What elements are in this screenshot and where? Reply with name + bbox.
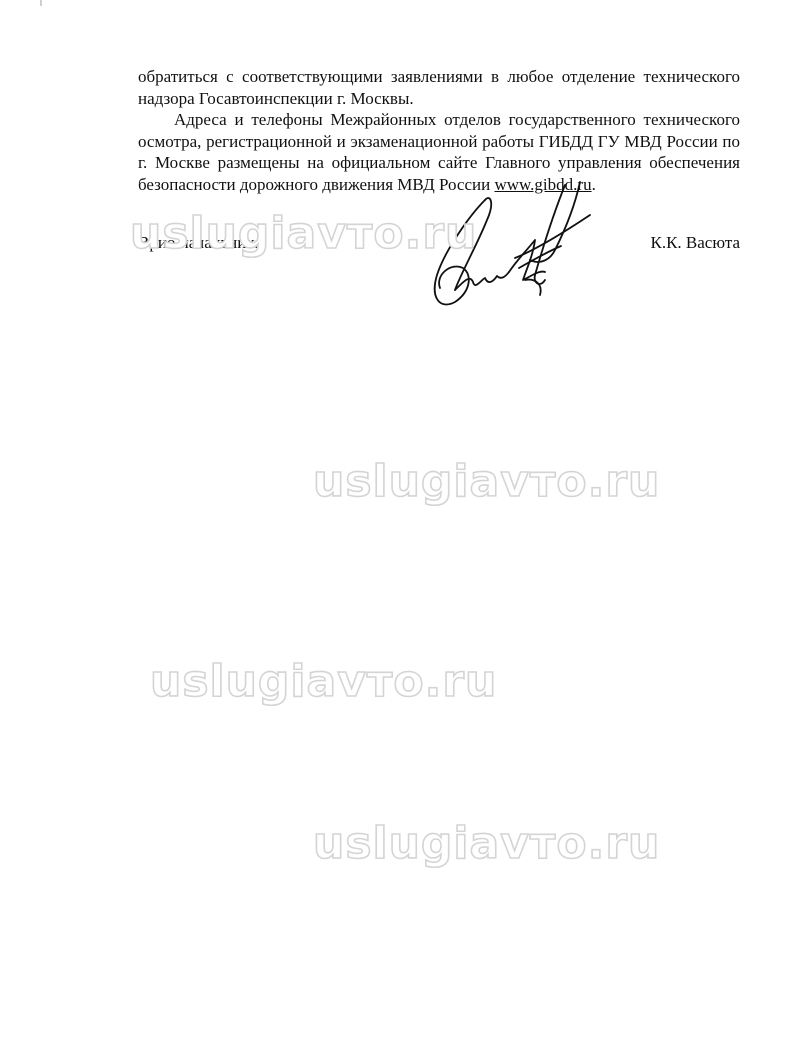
paragraph-1-line-2: надзора Госавтоинспекции г. Москвы. (138, 88, 740, 110)
signatory-title: Врио начальника (138, 232, 262, 253)
paragraph-1-line-1: обратиться с соответствующими заявлениям… (138, 66, 740, 88)
watermark-text: uslugiavто.ru (313, 456, 660, 507)
scan-corner-mark (40, 0, 42, 6)
handwritten-signature-icon (415, 180, 615, 315)
document-body: обратиться с соответствующими заявлениям… (138, 66, 740, 195)
document-page: обратиться с соответствующими заявлениям… (0, 0, 792, 1058)
signatory-name: К.К. Васюта (650, 232, 740, 253)
watermark-text: uslugiavто.ru (150, 656, 497, 707)
watermark-text: uslugiavто.ru (313, 818, 660, 869)
